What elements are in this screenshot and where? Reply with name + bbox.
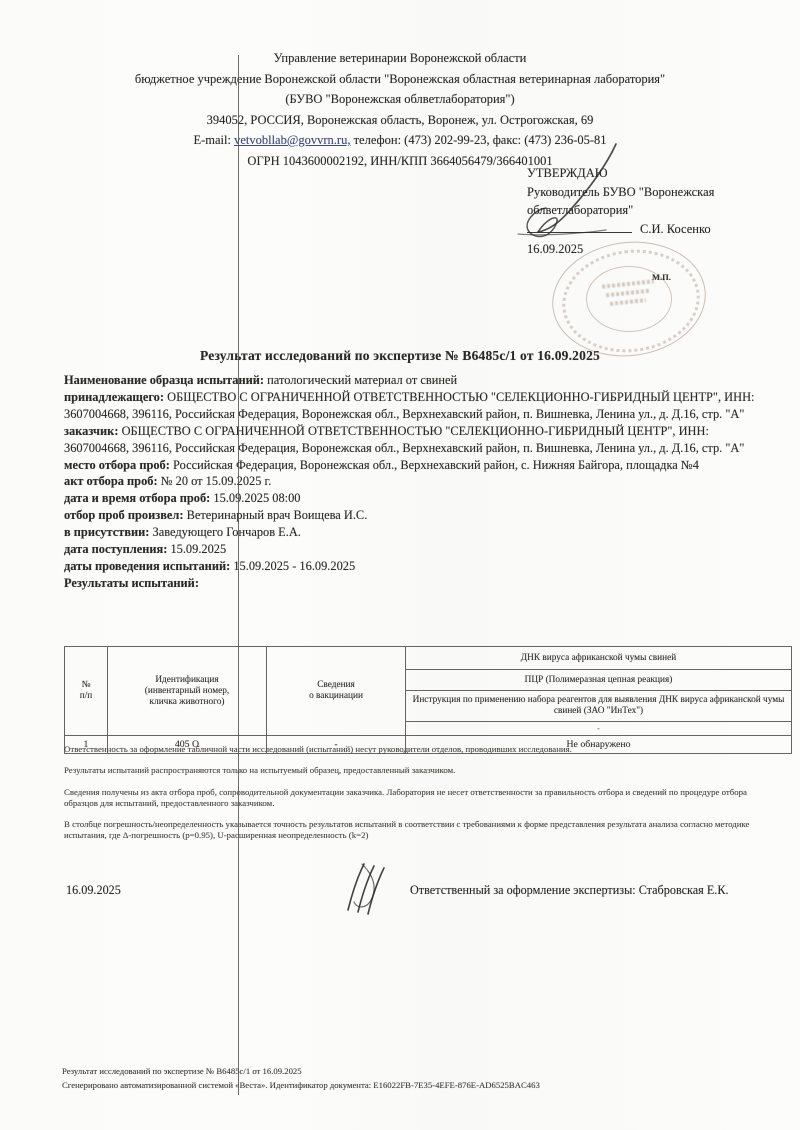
detail-row: заказчик: ОБЩЕСТВО С ОГРАНИЧЕННОЙ ОТВЕТС… xyxy=(64,423,772,457)
detail-label: место отбора проб: xyxy=(64,458,170,472)
footnote: В столбце погрешность/неопределенность у… xyxy=(64,819,780,842)
detail-row: Наименование образца испытаний: патологи… xyxy=(64,372,772,389)
approver-name: С.И. Косенко xyxy=(640,222,711,236)
detail-row: место отбора проб: Российская Федерация,… xyxy=(64,457,772,474)
detail-value: патологический материал от свиней xyxy=(267,373,457,387)
test-method-cell: ПЦР (Полимеразная цепная реакция) xyxy=(406,670,792,691)
detail-label: заказчик: xyxy=(64,424,118,438)
sample-details: Наименование образца испытаний: патологи… xyxy=(64,372,772,592)
detail-value: 15.09.2025 08:00 xyxy=(213,491,300,505)
detail-label: отбор проб произвел: xyxy=(64,508,183,522)
stamp-mp-label: М.П. xyxy=(652,272,671,282)
signoff-date: 16.09.2025 xyxy=(66,883,121,898)
detail-label: Наименование образца испытаний: xyxy=(64,373,264,387)
detail-value: Заведующего Гончаров Е.А. xyxy=(153,525,301,539)
org-authority: Управление ветеринарии Воронежской облас… xyxy=(45,48,755,69)
detail-value: 15.09.2025 - 16.09.2025 xyxy=(233,559,355,573)
round-stamp: М.П. xyxy=(548,238,718,364)
email-link[interactable]: vetvobllab@govvrn.ru, xyxy=(234,133,350,147)
email-label: E-mail: xyxy=(193,133,231,147)
detail-row: акт отбора проб: № 20 от 15.09.2025 г. xyxy=(64,473,772,490)
footnote: Ответственность за оформление табличной … xyxy=(64,744,780,755)
scanned-document-page: Управление ветеринарии Воронежской облас… xyxy=(0,0,800,1130)
col-header-identification: Идентификация (инвентарный номер, кличка… xyxy=(108,647,267,736)
detail-row: отбор проб произвел: Ветеринарный врач В… xyxy=(64,507,772,524)
org-name-short: (БУВО "Воронежская облветлаборатория") xyxy=(45,89,755,110)
detail-value: № 20 от 15.09.2025 г. xyxy=(161,474,272,488)
col-header-vaccination: Сведения о вакцинации xyxy=(267,647,406,736)
footnote: Результаты испытаний распространяются то… xyxy=(64,765,780,776)
org-contacts: E-mail: vetvobllab@govvrn.ru, телефон: (… xyxy=(45,130,755,151)
detail-row: даты проведения испытаний: 15.09.2025 - … xyxy=(64,558,772,575)
test-instruction-cell: Инструкция по применению набора реагенто… xyxy=(406,691,792,722)
detail-value: ОБЩЕСТВО С ОГРАНИЧЕННОЙ ОТВЕТСТВЕННОСТЬЮ… xyxy=(64,424,744,455)
responsible-person: Ответственный за оформление экспертизы: … xyxy=(410,883,729,898)
footnotes: Ответственность за оформление табличной … xyxy=(64,744,780,852)
detail-label: дата и время отбора проб: xyxy=(64,491,210,505)
results-table: № п/п Идентификация (инвентарный номер, … xyxy=(64,646,792,754)
letterhead: Управление ветеринарии Воронежской облас… xyxy=(45,48,755,171)
detail-label: даты проведения испытаний: xyxy=(64,559,230,573)
responsible-signature xyxy=(338,858,402,916)
detail-row: принадлежащего: ОБЩЕСТВО С ОГРАНИЧЕННОЙ … xyxy=(64,389,772,423)
col-header-number: № п/п xyxy=(65,647,108,736)
detail-label: в присутствии: xyxy=(64,525,149,539)
detail-row: дата поступления: 15.09.2025 xyxy=(64,541,772,558)
detail-value: Российская Федерация, Воронежская обл., … xyxy=(173,458,699,472)
test-name-cell: ДНК вируса африканской чумы свиней xyxy=(406,647,792,670)
empty-subheader-cell: - xyxy=(406,722,792,736)
org-address: 394052, РОССИЯ, Воронежская область, Вор… xyxy=(45,110,755,131)
footer-expertise-ref: Результат исследований по экспертизе № В… xyxy=(62,1066,302,1076)
approver-signature xyxy=(488,138,638,246)
scan-fold-line xyxy=(238,55,239,1095)
detail-value: Ветеринарный врач Воищева И.С. xyxy=(187,508,368,522)
detail-row: в присутствии: Заведующего Гончаров Е.А. xyxy=(64,524,772,541)
footer-generated-by: Сгенерировано автоматизированной системо… xyxy=(62,1080,540,1090)
detail-value: 15.09.2025 xyxy=(170,542,226,556)
detail-value: ОБЩЕСТВО С ОГРАНИЧЕННОЙ ОТВЕТСТВЕННОСТЬЮ… xyxy=(64,390,754,421)
detail-label: дата поступления: xyxy=(64,542,167,556)
detail-row: дата и время отбора проб: 15.09.2025 08:… xyxy=(64,490,772,507)
detail-label: акт отбора проб: xyxy=(64,474,158,488)
org-name-full: бюджетное учреждение Воронежской области… xyxy=(45,69,755,90)
detail-label: принадлежащего: xyxy=(64,390,164,404)
footnote: Сведения получены из акта отбора проб, с… xyxy=(64,787,780,810)
results-heading: Результаты испытаний: xyxy=(64,575,772,592)
